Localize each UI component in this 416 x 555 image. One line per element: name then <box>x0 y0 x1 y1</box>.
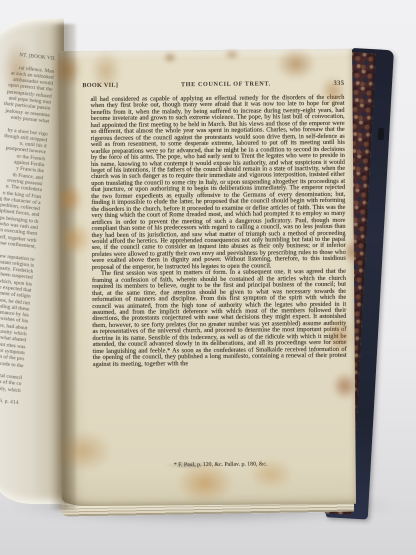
left-page-text-fragments: NT. [BOOK VII. ral offence. Man at such … <box>0 50 56 407</box>
gutter-shadow <box>50 24 76 510</box>
book-photograph: NT. [BOOK VII. ral offence. Man at such … <box>0 0 416 555</box>
running-head-book-label: BOOK VII.] <box>82 82 118 89</box>
body-text: all had considered as capable of applyin… <box>90 95 346 368</box>
footnote: * F. Paul, p. 120, &c. Pallav. p. 180, &… <box>94 461 348 469</box>
page-surface: BOOK VII.] THE COUNCIL OF TRENT. 335 all… <box>58 49 356 507</box>
running-head-title: THE COUNCIL OF TRENT. <box>118 80 333 89</box>
page-number: 335 <box>333 80 344 87</box>
board-edge-notch <box>378 128 385 140</box>
right-page: BOOK VII.] THE COUNCIL OF TRENT. 335 all… <box>58 49 356 507</box>
paragraph-first-session: The first session was spent in matters o… <box>92 269 347 368</box>
paragraph-continuation: all had considered as capable of applyin… <box>90 95 346 271</box>
running-head: BOOK VII.] THE COUNCIL OF TRENT. 335 <box>82 80 344 89</box>
